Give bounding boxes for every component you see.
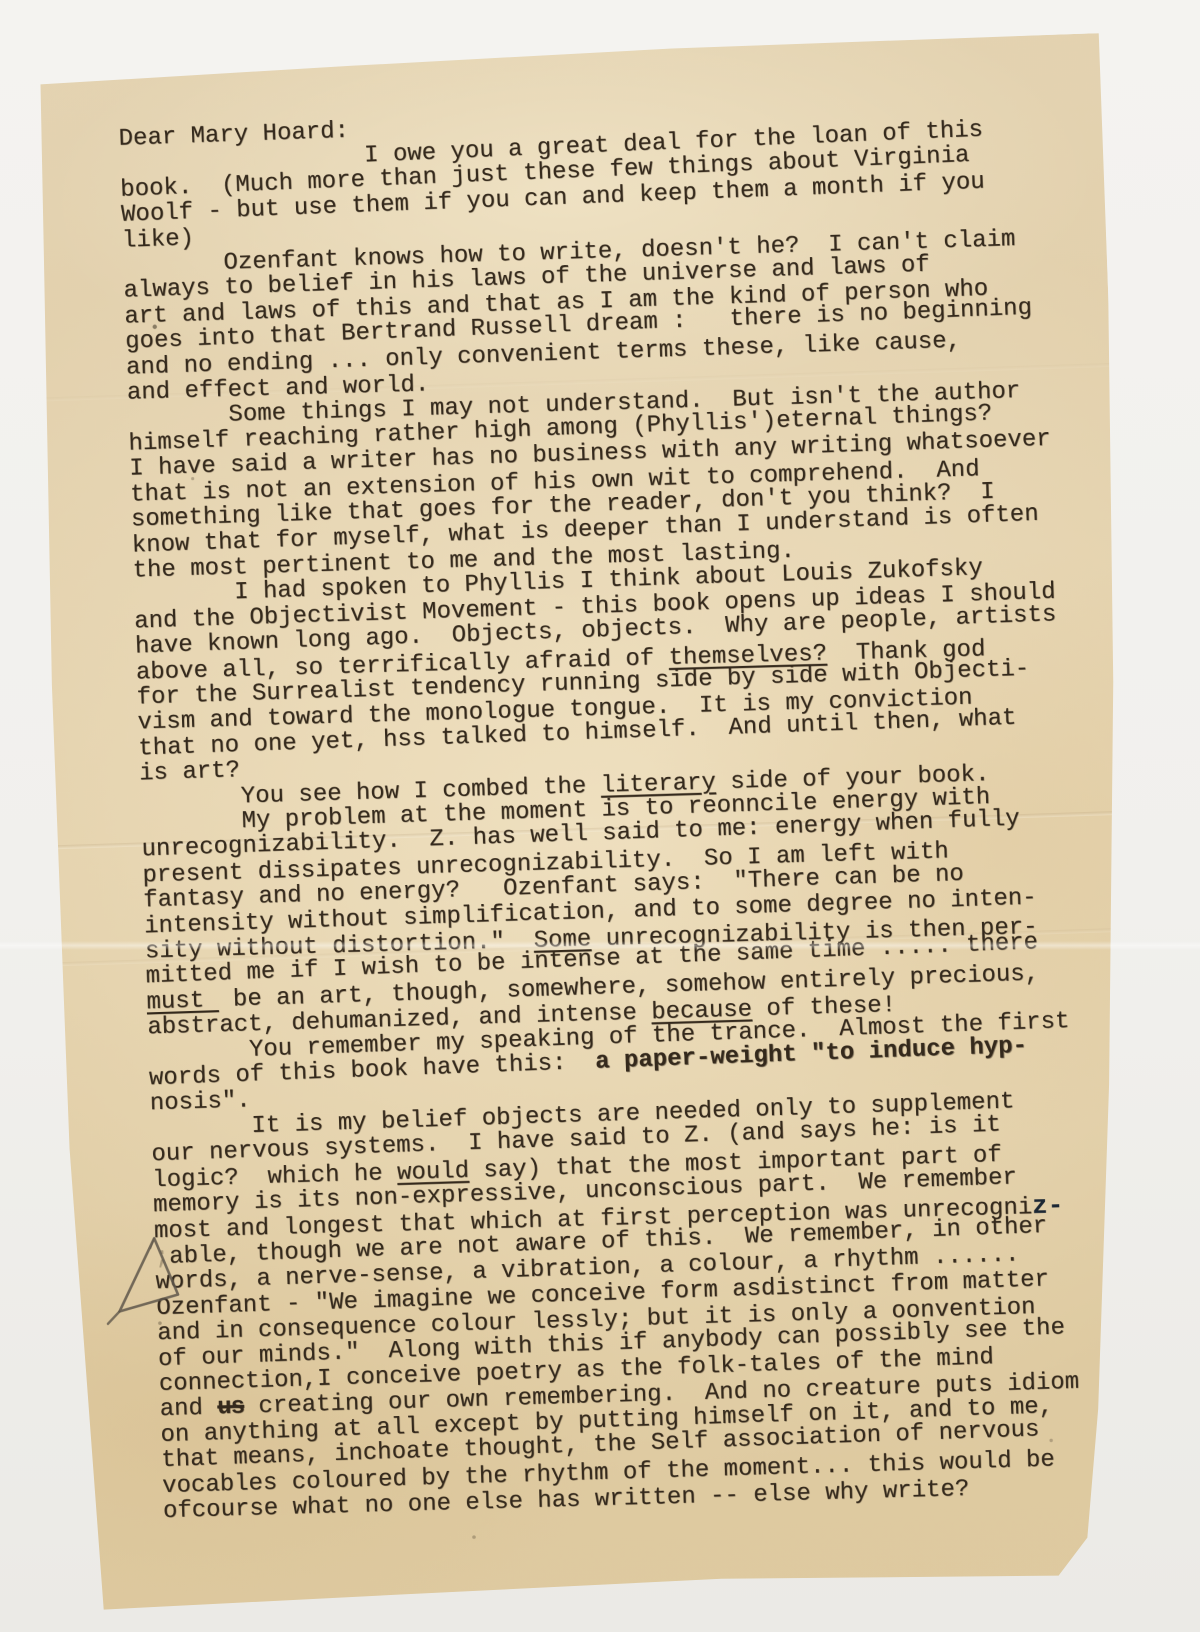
paper-specks [30,68,32,70]
pencil-triangle-mark [102,1231,191,1332]
letter-paper: Dear Mary Hoard: I owe you a great deal … [30,33,1149,1612]
scan-background: Dear Mary Hoard: I owe you a great deal … [0,0,1200,1632]
letter-text: Dear Mary Hoard: I owe you a great deal … [118,96,1123,1525]
